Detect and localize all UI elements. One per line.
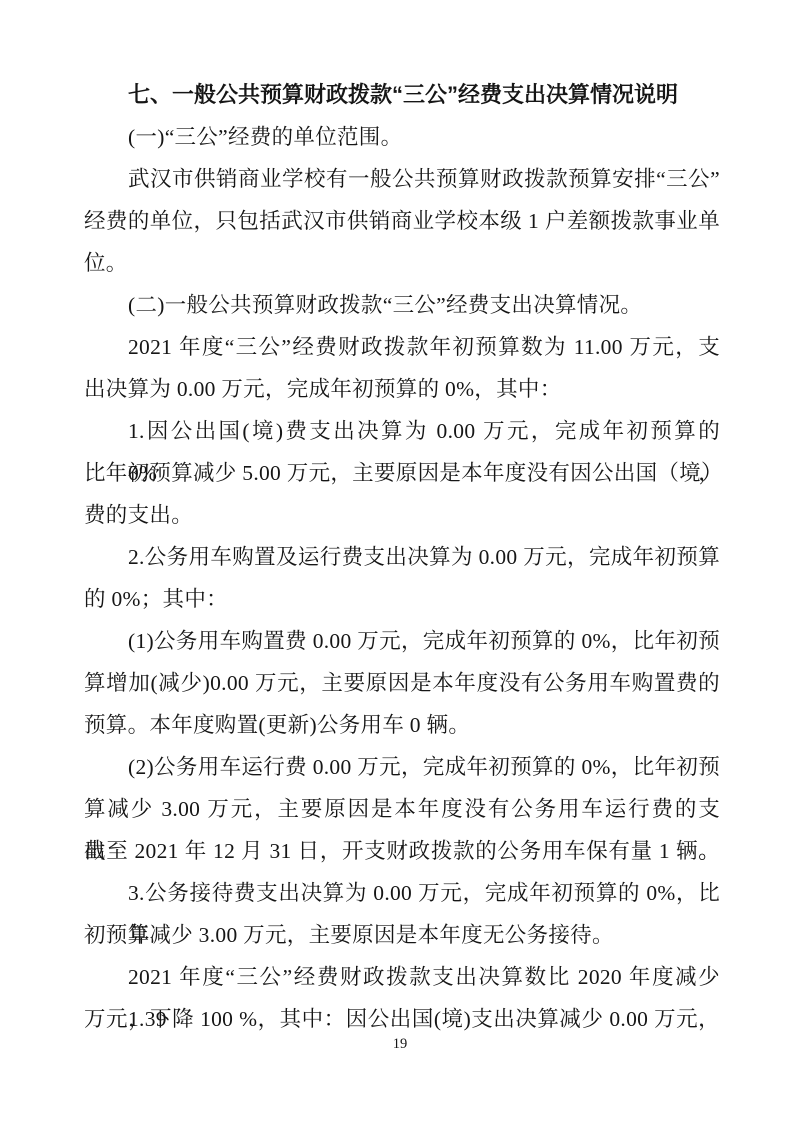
text-line: (1)公务用车购置费 0.00 万元，完成年初预算的 0%，比年初预 [84, 620, 720, 662]
text-line: 比年初预算减少 5.00 万元，主要原因是本年度没有因公出国（境） [84, 452, 720, 494]
page-number: 19 [0, 1031, 800, 1057]
text-line: 1.因公出国(境)费支出决算为 0.00 万元，完成年初预算的 0%， [84, 410, 720, 452]
text-line: 出决算为 0.00 万元，完成年初预算的 0%，其中： [84, 368, 720, 410]
text-line: 算增加(减少)0.00 万元，主要原因是本年度没有公务用车购置费的 [84, 662, 720, 704]
text-line: (二)一般公共预算财政拨款“三公”经费支出决算情况。 [84, 284, 720, 326]
text-line: 2.公务用车购置及运行费支出决算为 0.00 万元，完成年初预算 [84, 536, 720, 578]
text-line: 2021 年度“三公”经费财政拨款年初预算数为 11.00 万元，支 [84, 326, 720, 368]
text-line: 费的支出。 [84, 494, 720, 536]
document-page: 七、一般公共预算财政拨款“三公”经费支出决算情况说明 (一)“三公”经费的单位范… [0, 0, 800, 1131]
text-line: 截至 2021 年 12 月 31 日，开支财政拨款的公务用车保有量 1 辆。 [84, 830, 720, 872]
text-line: 武汉市供销商业学校有一般公共预算财政拨款预算安排“三公” [84, 158, 720, 200]
text-line: 初预算减少 3.00 万元，主要原因是本年度无公务接待。 [84, 914, 720, 956]
text-line: 算减少 3.00 万元，主要原因是本年度没有公务用车运行费的支出。 [84, 788, 720, 830]
text-line: 2021 年度“三公”经费财政拨款支出决算数比 2020 年度减少 1.39 [84, 956, 720, 998]
document-body: 七、一般公共预算财政拨款“三公”经费支出决算情况说明 (一)“三公”经费的单位范… [84, 74, 720, 1040]
text-line: (一)“三公”经费的单位范围。 [84, 116, 720, 158]
section-heading: 七、一般公共预算财政拨款“三公”经费支出决算情况说明 [84, 74, 720, 116]
text-line: 经费的单位，只包括武汉市供销商业学校本级 1 户差额拨款事业单 [84, 200, 720, 242]
text-line: 预算。本年度购置(更新)公务用车 0 辆。 [84, 704, 720, 746]
text-line: 的 0%；其中： [84, 578, 720, 620]
text-line: 位。 [84, 242, 720, 284]
text-line: 3.公务接待费支出决算为 0.00 万元，完成年初预算的 0%，比年 [84, 872, 720, 914]
text-line: (2)公务用车运行费 0.00 万元，完成年初预算的 0%，比年初预 [84, 746, 720, 788]
